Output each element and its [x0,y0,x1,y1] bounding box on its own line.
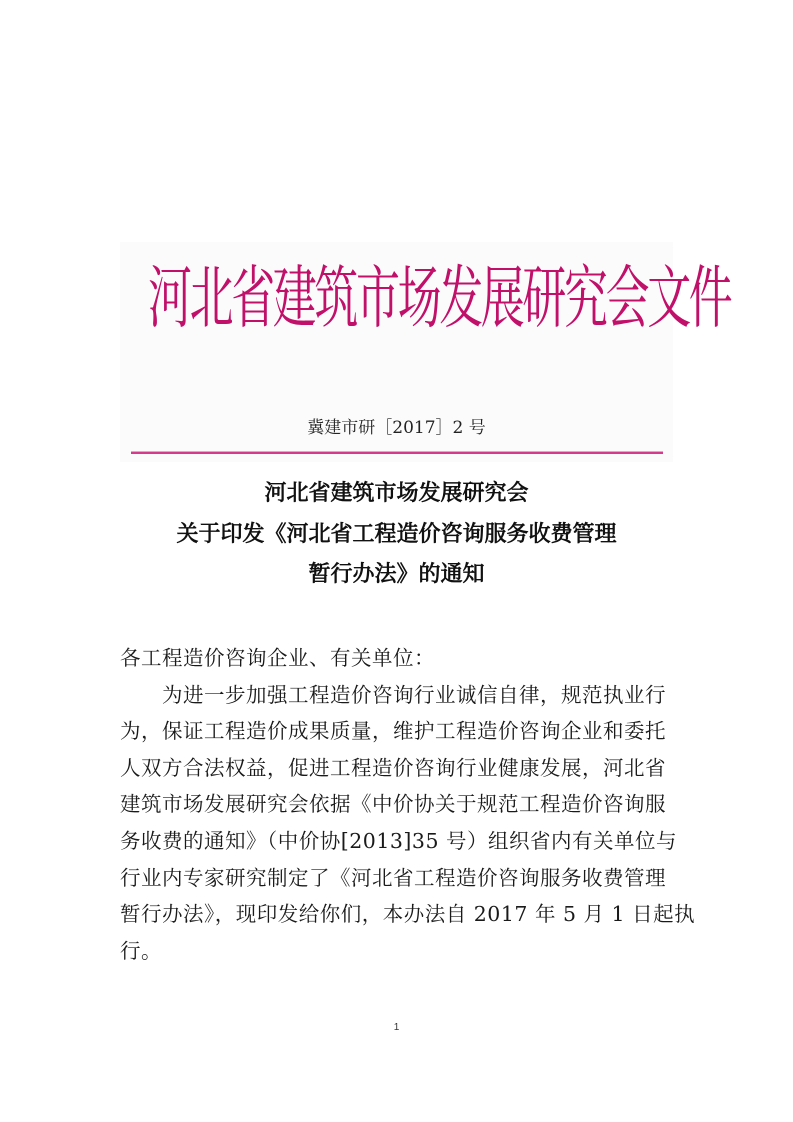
notice-title-line-3: 暂行办法》的通知 [120,555,673,596]
notice-body: 各工程造价咨询企业、有关单位： 为进一步加强工程造价咨询行业诚信自律，规范执业行… [120,640,676,969]
document-page: 河北省建筑市场发展研究会文件 冀建市研［2017］2 号 河北省建筑市场发展研究… [0,0,793,1122]
red-head-banner: 河北省建筑市场发展研究会文件 冀建市研［2017］2 号 [120,242,673,462]
red-divider-rule [131,451,663,454]
notice-title: 河北省建筑市场发展研究会 关于印发《河北省工程造价咨询服务收费管理 暂行办法》的… [120,474,673,596]
salutation: 各工程造价咨询企业、有关单位： [120,640,676,677]
page-number: 1 [0,1022,793,1033]
notice-title-line-2: 关于印发《河北省工程造价咨询服务收费管理 [120,515,673,556]
paragraph-line: 暂行办法》，现印发给你们，本办法自 2017 年 5 月 1 日起执 [120,896,676,933]
body-paragraph: 为进一步加强工程造价咨询行业诚信自律，规范执业行 为，保证工程造价成果质量，维护… [120,677,676,970]
paragraph-line: 行。 [120,933,676,970]
notice-title-line-1: 河北省建筑市场发展研究会 [120,474,673,515]
paragraph-line: 建筑市场发展研究会依据《中价协关于规范工程造价咨询服 [120,786,676,823]
paragraph-line: 为，保证工程造价成果质量，维护工程造价咨询企业和委托 [120,713,676,750]
paragraph-line: 人双方合法权益，促进工程造价咨询行业健康发展，河北省 [120,750,676,787]
issuing-organization-title: 河北省建筑市场发展研究会文件 [148,238,650,362]
document-number: 冀建市研［2017］2 号 [120,416,673,440]
paragraph-line: 行业内专家研究制定了《河北省工程造价咨询服务收费管理 [120,860,676,897]
paragraph-line: 务收费的通知》（中价协[2013]35 号）组织省内有关单位与 [120,823,676,860]
paragraph-line: 为进一步加强工程造价咨询行业诚信自律，规范执业行 [120,677,676,714]
